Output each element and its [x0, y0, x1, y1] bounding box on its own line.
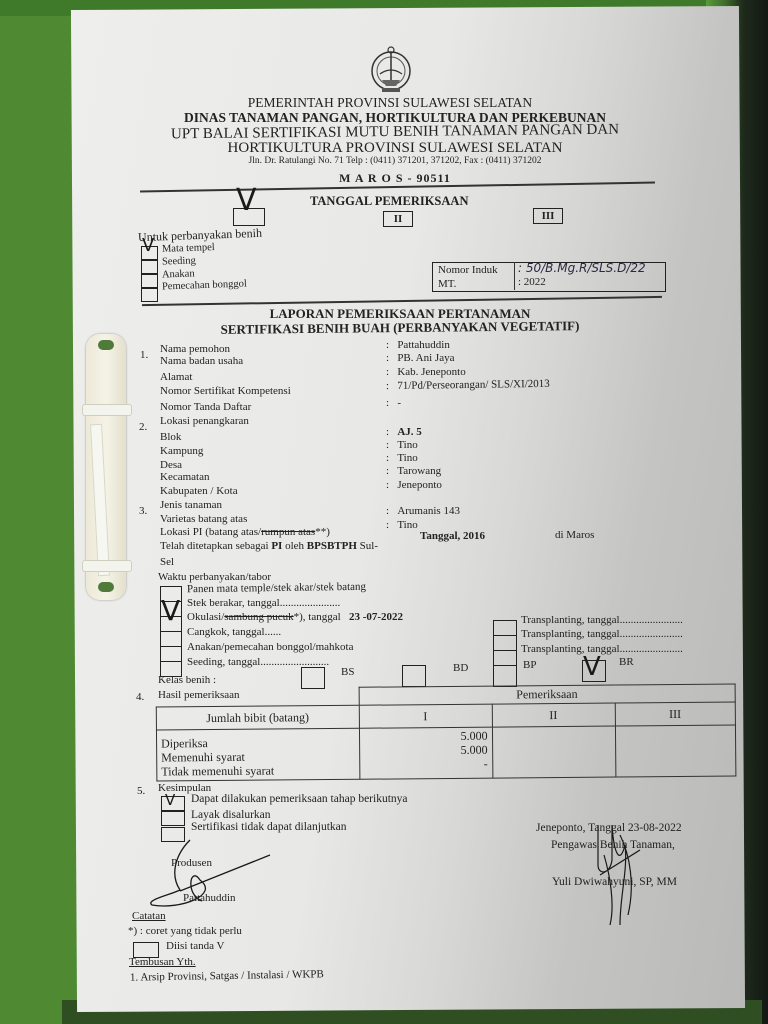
kelas-option-label: BR [619, 657, 634, 668]
field-label: Nomor Tanda Daftar [160, 402, 251, 413]
field-value-kampung: : Tino [386, 440, 418, 451]
kecamatan-value: Tarowang [397, 465, 441, 477]
section2-title: Lokasi penangkaran [160, 416, 249, 427]
varietas-label: Varietas batang atas [160, 514, 247, 525]
fastener-hole-bottom [98, 582, 114, 592]
field-value-badan-usaha: : PB. Ani Jaya [386, 353, 454, 364]
waktu-cangkok-checkbox[interactable] [160, 631, 182, 647]
field-value-varietas: : Arumanis 143 [386, 506, 460, 517]
results-col-header: III [615, 702, 736, 726]
ditetapkan-part: Telah ditetapkan sebagai [160, 540, 271, 552]
notes-item-2: Diisi tanda V [166, 941, 224, 952]
section3-title: Jenis tanaman [160, 500, 222, 511]
section5-number: 5. [137, 786, 145, 797]
kesimpulan-checkmark: V [165, 793, 175, 808]
field-label: Kampung [160, 446, 203, 457]
desa-value: Tino [397, 452, 417, 464]
transplanting-label: Transplanting, tanggal..................… [521, 615, 683, 626]
field-value-kabupaten: : Jeneponto [386, 480, 442, 491]
propagation-option-label: Anakan [162, 269, 195, 281]
lokasi-label-suffix: **) [315, 526, 330, 538]
results-col-header: II [492, 703, 615, 727]
transplanting-label: Transplanting, tanggal..................… [521, 644, 683, 655]
ditetapkan-pi: PI [271, 540, 282, 552]
results-cell: 5.000 [363, 729, 487, 744]
waktu-option-label: Stek berakar, tanggal...................… [187, 598, 340, 609]
fastener-bar-bottom [82, 560, 132, 572]
section3-number: 3. [139, 506, 147, 517]
propagation-option-label: Seeding [162, 256, 196, 268]
stage-i-checkmark: V [236, 186, 257, 216]
lokasi-label-struck: rumpun atas [261, 526, 315, 538]
okulasi-part: Okulasi/ [187, 611, 224, 623]
kesimpulan-option-label: Layak disalurkan [191, 810, 271, 822]
transplanting-1-checkbox[interactable] [493, 620, 517, 636]
ditetapkan-place: di Maros [555, 530, 594, 541]
inspection-date-title: TANGGAL PEMERIKSAAN [310, 195, 468, 208]
lokasi-value: Tino [397, 519, 417, 531]
field-value-desa: : Tino [386, 453, 418, 464]
binder-fastener [86, 334, 126, 600]
field-value-sertifikat: : 71/Pd/Perseorangan/ SLS/XI/2013 [386, 379, 550, 392]
header-address: Jln. Dr. Ratulangi No. 71 Telp : (0411) … [200, 157, 590, 167]
results-col-header: I [359, 704, 492, 728]
results-cell: - [364, 757, 488, 772]
field-value-kecamatan: : Tarowang [386, 466, 441, 477]
fastener-hole-top [98, 340, 114, 350]
propagation-checkmark: V [142, 237, 154, 255]
alamat-value: Kab. Jeneponto [397, 366, 465, 378]
transplanting-2-checkbox[interactable] [493, 635, 517, 651]
registry-nomor-induk-value: : 50/B.Mg.R/SLS.D/22 [518, 262, 646, 274]
propagation-option-label: Mata tempel [162, 243, 215, 255]
field-value-tanda-daftar: : - [386, 398, 401, 409]
kelas-label: Kelas benih : [158, 675, 216, 686]
lokasi-pi-label: Lokasi PI (batang atas/rumpun atas**) [160, 527, 330, 538]
section4-number: 4. [136, 692, 144, 703]
fastener-bar-top [82, 404, 132, 416]
fastener-prong [90, 424, 110, 576]
section1-number: 1. [140, 350, 148, 361]
results-col-i: 5.000 5.000 - [359, 727, 492, 779]
ditetapkan-tanggal: Tanggal, 2016 [420, 531, 485, 542]
inspector-signature [590, 815, 650, 930]
waktu-option-label: Cangkok, tanggal...... [187, 627, 281, 638]
ditetapkan-part: oleh [282, 540, 306, 552]
ditetapkan-part: Sul- [357, 540, 378, 552]
nama-pemohon-value: Pattahuddin [397, 339, 450, 351]
field-label: Blok [160, 432, 181, 443]
kelas-checkmark: V [583, 654, 601, 680]
notes-item-1: *) : coret yang tidak perlu [128, 926, 242, 937]
kelas-bs-checkbox[interactable] [301, 667, 325, 689]
okulasi-part: *), tanggal [294, 611, 341, 623]
provincial-emblem-icon [368, 44, 414, 94]
registry-mt-value: : 2022 [518, 277, 546, 288]
ditetapkan-text: Telah ditetapkan sebagai PI oleh BPSBTPH… [160, 541, 378, 552]
header-city: M A R O S - 90511 [300, 172, 490, 184]
results-table: Pemeriksaan Jumlah bibit (batang) I II I… [156, 683, 737, 781]
ditetapkan-sel: Sel [160, 557, 174, 568]
stage-iii-checkbox[interactable]: III [533, 208, 563, 224]
kelas-bd-checkbox[interactable] [402, 665, 426, 687]
tanggal-value: Tanggal, 2016 [420, 530, 485, 542]
field-label: Nama pemohon [160, 344, 230, 355]
field-label: Kecamatan [160, 472, 209, 483]
kesimpulan-option-label: Dapat dilakukan pemeriksaan tahap beriku… [191, 794, 408, 806]
stage-ii-checkbox[interactable]: II [383, 211, 413, 227]
blok-value: AJ. 5 [397, 426, 421, 438]
okulasi-date: 23 -07-2022 [349, 611, 403, 623]
kelas-option-label: BD [453, 663, 468, 674]
results-row-header: Jumlah bibit (batang) [156, 705, 359, 730]
lokasi-label-part: Lokasi PI (batang atas/ [160, 526, 261, 538]
field-label: Alamat [160, 372, 192, 383]
kelas-option-label: BS [341, 667, 354, 678]
propagation-bonggol-checkbox[interactable] [141, 288, 158, 302]
field-label: Desa [160, 460, 182, 471]
varietas-value: Arumanis 143 [397, 505, 460, 517]
field-label: Kabupaten / Kota [160, 486, 238, 497]
notes-title: Catatan [132, 911, 166, 922]
field-label: Nama badan usaha [160, 356, 243, 367]
field-value-nama-pemohon: : Pattahuddin [386, 340, 450, 351]
transplanting-label: Transplanting, tanggal..................… [521, 629, 683, 640]
transplanting-3-checkbox[interactable] [493, 650, 517, 666]
tanda-daftar-value: - [397, 397, 401, 409]
table-spacer [156, 687, 359, 707]
producer-signature [140, 835, 280, 915]
kampung-value: Tino [397, 439, 417, 451]
propagation-seeding-checkbox[interactable] [141, 260, 158, 274]
registry-nomor-induk-label: Nomor Induk [438, 265, 498, 276]
results-cell: 5.000 [364, 743, 488, 758]
kesimpulan-layak-checkbox[interactable] [161, 811, 185, 826]
ditetapkan-org: BPSBTPH [307, 540, 357, 552]
propagation-anakan-checkbox[interactable] [141, 274, 158, 288]
header-unit-2: HORTIKULTURA PROVINSI SULAWESI SELATAN [160, 141, 630, 156]
waktu-anakan-checkbox[interactable] [160, 646, 182, 662]
field-value-alamat: : Kab. Jeneponto [386, 367, 466, 378]
sertifikat-value: 71/Pd/Perseorangan/ SLS/XI/2013 [397, 378, 550, 392]
okulasi-label: Okulasi/sambung pucuk*), tanggal 23 -07-… [187, 612, 403, 623]
section2-number: 2. [139, 422, 147, 433]
results-col-iii [615, 725, 736, 777]
okulasi-struck: sambung pucuk [224, 611, 293, 623]
field-label: Nomor Sertifikat Kompetensi [160, 386, 291, 397]
kesimpulan-option-label: Sertifikasi tidak dapat dilanjutkan [191, 822, 347, 834]
registry-divider [514, 262, 515, 290]
kelas-bp-checkbox[interactable] [493, 665, 517, 687]
kabupaten-value: Jeneponto [397, 479, 442, 491]
cc-title: Tembusan Yth. [129, 957, 196, 968]
waktu-option-label: Anakan/pemecahan bonggol/mahkota [187, 642, 353, 653]
registry-mt-label: MT. [438, 279, 456, 290]
field-value-blok: : AJ. 5 [386, 427, 422, 438]
kelas-option-label: BP [523, 660, 536, 671]
header-government: PEMERINTAH PROVINSI SULAWESI SELATAN [200, 96, 580, 110]
results-col-ii [492, 726, 615, 778]
results-row-label: Tidak memenuhi syarat [161, 763, 355, 779]
waktu-checkmark: V [161, 597, 180, 625]
results-row-labels: Diperiksa Memenuhi syarat Tidak memenuhi… [156, 728, 359, 781]
badan-usaha-value: PB. Ani Jaya [397, 352, 454, 364]
field-value-lokasi: : Tino [386, 520, 418, 531]
